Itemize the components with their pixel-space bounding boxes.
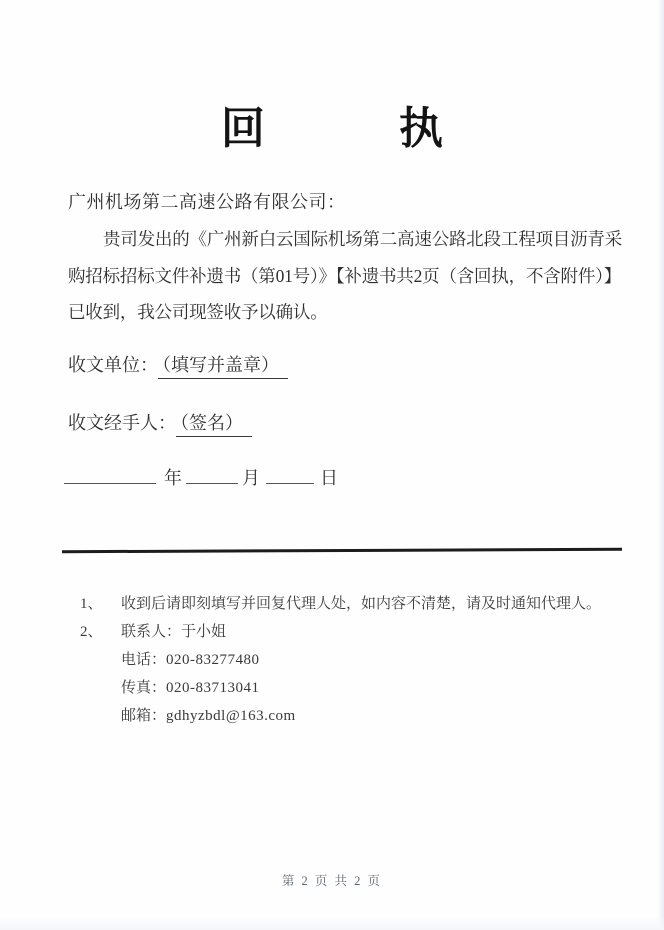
title-char-right: 执 [399, 92, 443, 156]
receiver-person-label: 收文经手人： [68, 413, 176, 433]
notes-section: 1、 收到后请即刻填写并回复代理人处，如内容不清楚，请及时通知代理人。 2、 联… [80, 590, 620, 730]
year-blank [64, 463, 156, 484]
receiver-person-blank: （签名） [176, 413, 252, 437]
scanned-receipt-page: 回 执 广州机场第二高速公路有限公司： 贵司发出的《广州新白云国际机场第二高速公… [0, 0, 664, 930]
note-number: 2、 [80, 618, 121, 646]
day-label: 日 [320, 468, 338, 488]
fax-label: 传真： [121, 680, 166, 696]
note-item-1: 1、 收到后请即刻填写并回复代理人处，如内容不清楚，请及时通知代理人。 [80, 590, 620, 618]
horizontal-divider [62, 548, 622, 553]
contact-person: 联系人：于小姐 [121, 618, 226, 646]
email-value: gdhyzbdl@163.com [166, 708, 296, 724]
receiver-unit-label: 收文单位： [68, 355, 158, 375]
body-paragraph: 贵司发出的《广州新白云国际机场第二高速公路北段工程项目沥青采 购招标招标文件补遗… [68, 221, 626, 331]
contact-email-row: 邮箱：gdhyzbdl@163.com [80, 702, 620, 730]
year-label: 年 [164, 468, 182, 488]
document-title: 回 执 [0, 92, 664, 156]
body-line-3: 已收到，我公司现签收予以确认。 [68, 294, 626, 331]
receiver-unit-blank: （填写并盖章） [158, 355, 288, 379]
contact-phone-row: 电话：020-83277480 [80, 646, 620, 674]
day-blank [266, 463, 314, 484]
note-text: 收到后请即刻填写并回复代理人处，如内容不清楚，请及时通知代理人。 [121, 590, 601, 618]
addressee-line: 广州机场第二高速公路有限公司： [68, 188, 346, 214]
email-label: 邮箱： [121, 708, 166, 724]
title-char-left: 回 [221, 92, 265, 156]
scan-smudge-artifact [0, 916, 664, 930]
phone-value: 020-83277480 [166, 652, 260, 668]
contact-fax-row: 传真：020-83713041 [80, 674, 620, 702]
note-item-2: 2、 联系人：于小姐 [80, 618, 620, 646]
scan-edge-artifact [658, 0, 664, 930]
body-line-1: 贵司发出的《广州新白云国际机场第二高速公路北段工程项目沥青采 [68, 221, 626, 258]
fax-value: 020-83713041 [166, 680, 260, 696]
date-fill-in-line: 年月日 [64, 463, 338, 490]
note-number: 1、 [80, 590, 121, 618]
receiver-unit-field: 收文单位：（填写并盖章） [68, 351, 288, 377]
month-blank [186, 463, 238, 484]
month-label: 月 [242, 468, 260, 488]
body-line-2: 购招标招标文件补遗书（第01号）》【补遗书共2页（含回执，不含附件）】 [68, 258, 626, 295]
phone-label: 电话： [121, 652, 166, 668]
receiver-person-field: 收文经手人：（签名） [68, 409, 252, 435]
page-number-footer: 第 2 页 共 2 页 [0, 871, 664, 889]
